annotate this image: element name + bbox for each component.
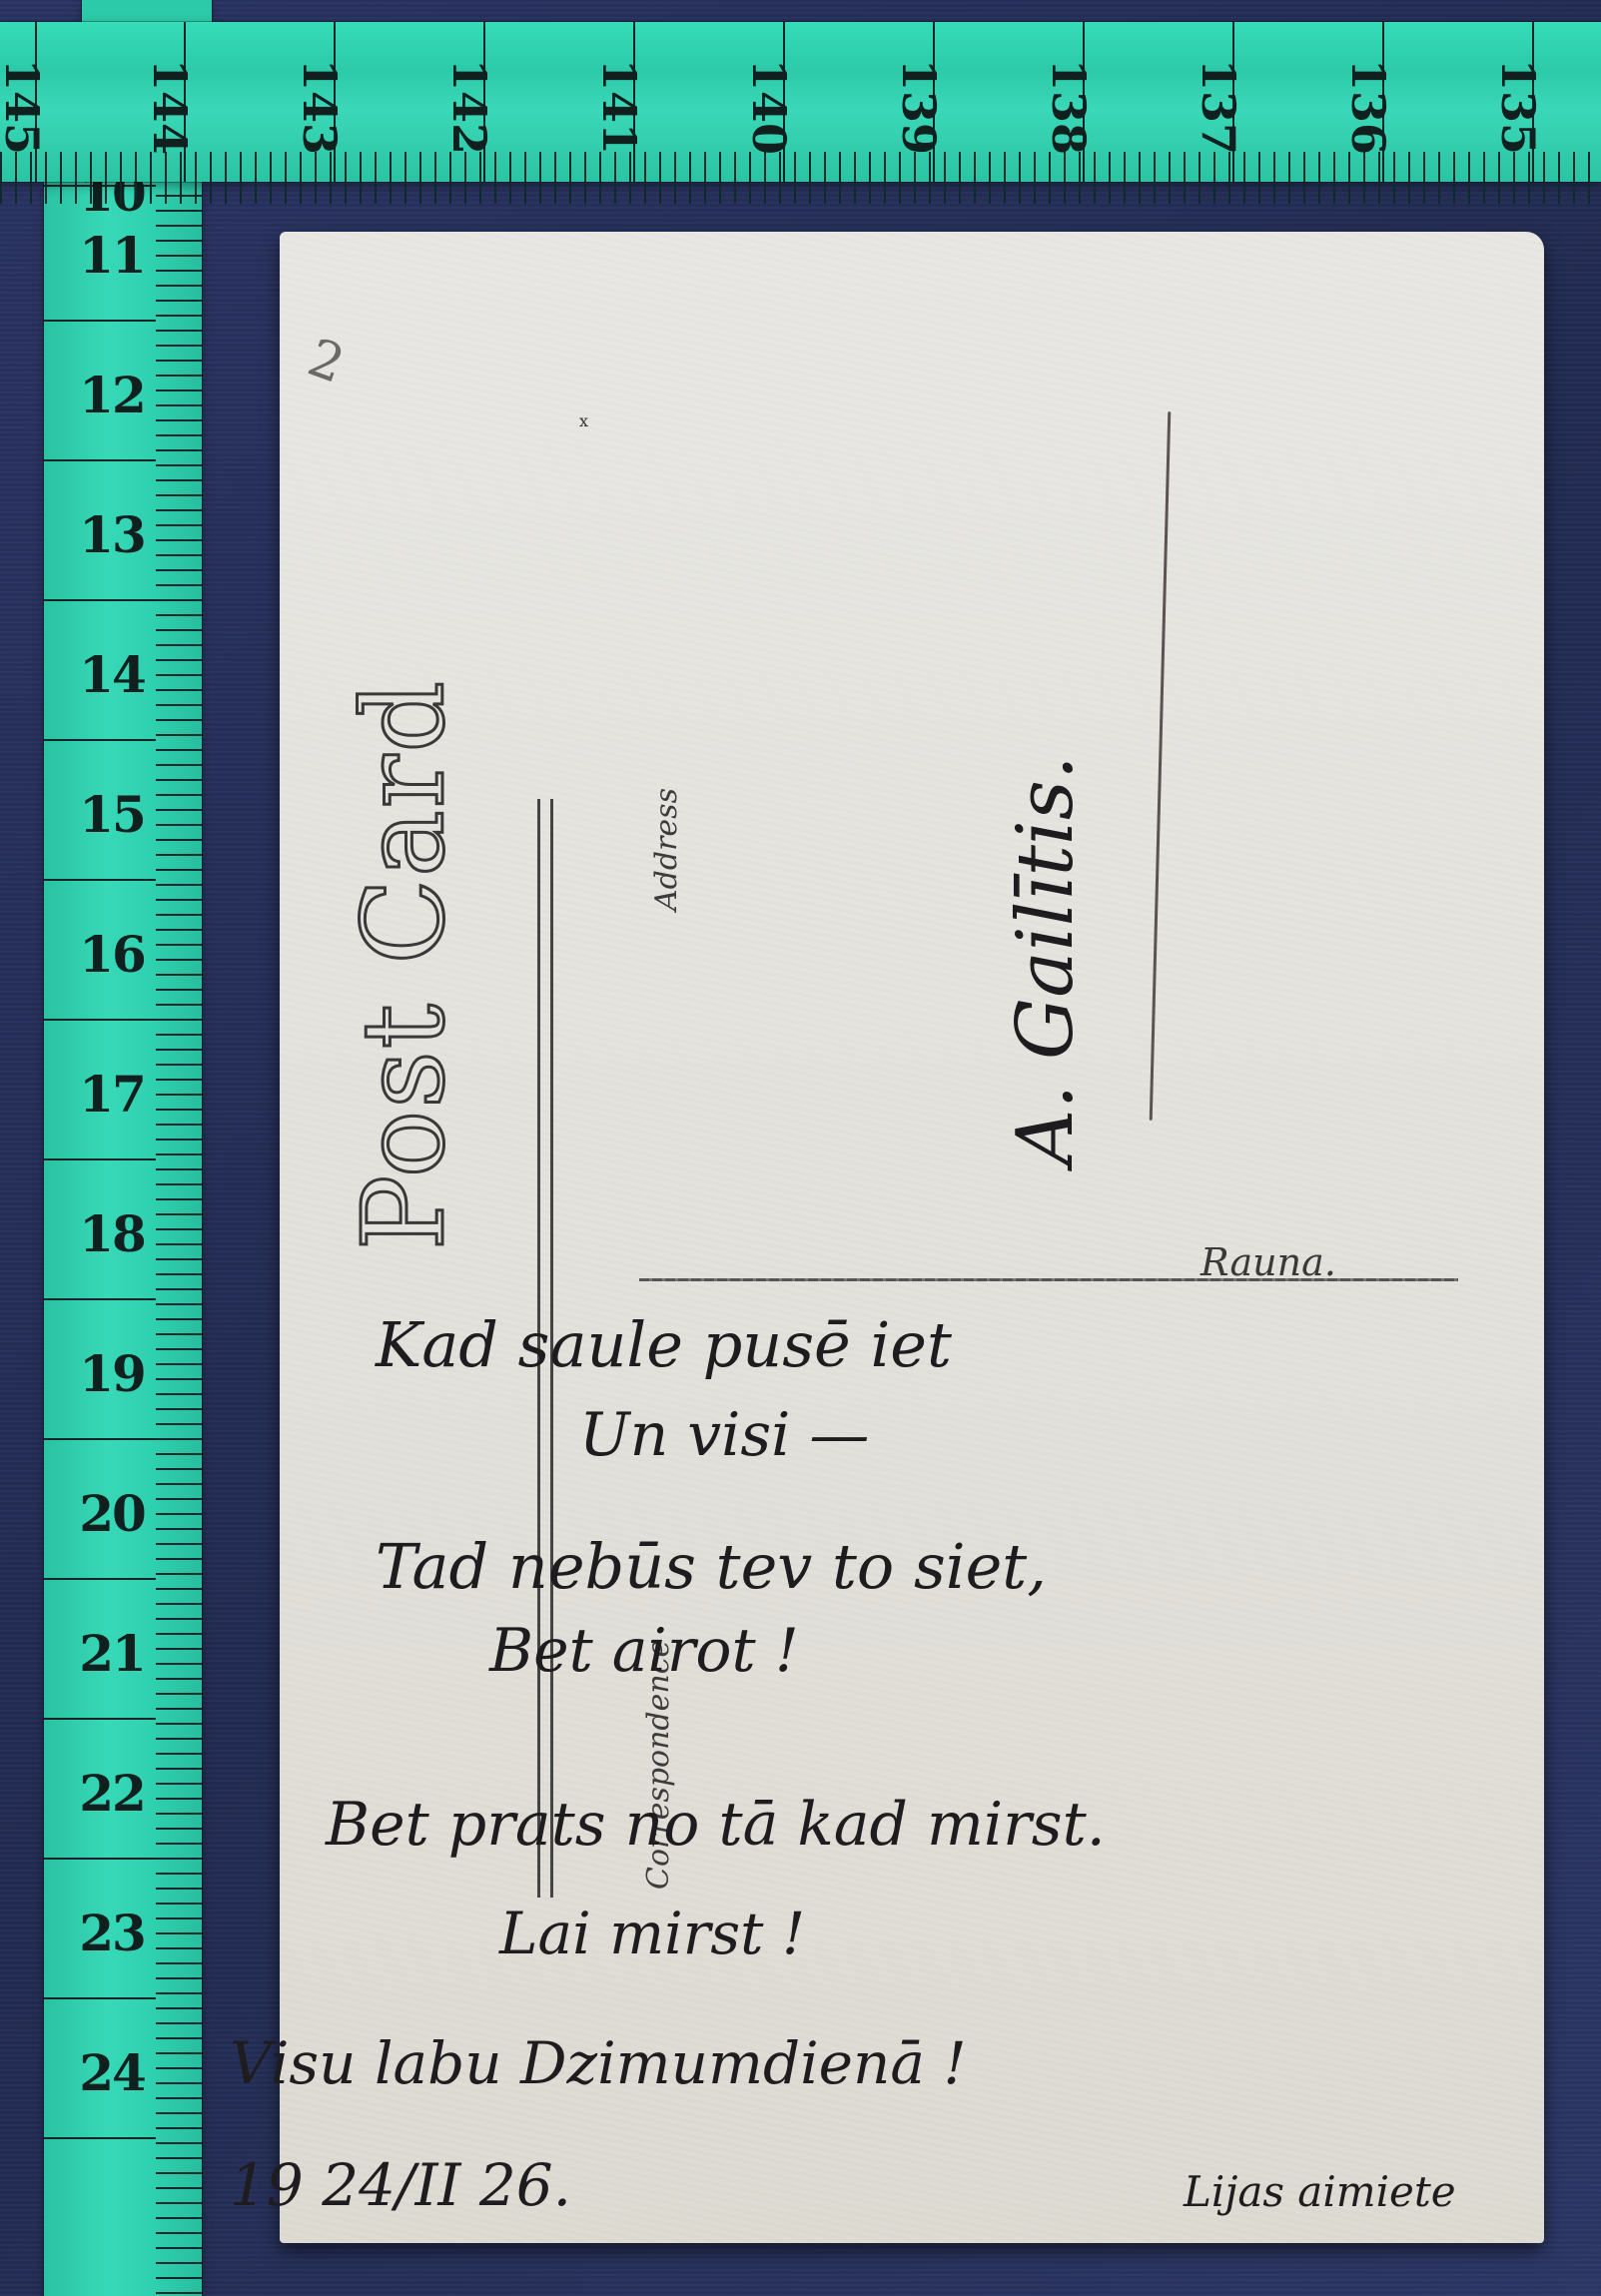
tape-number: 140 bbox=[724, 67, 814, 147]
cm-divider bbox=[44, 1298, 156, 1300]
cm-divider bbox=[44, 1997, 156, 1999]
tape-number: 141 bbox=[574, 67, 664, 147]
cm-divider bbox=[44, 1019, 156, 1021]
tape-number: 17 bbox=[62, 1059, 162, 1129]
tape-number: 138 bbox=[1024, 67, 1114, 147]
small-x-mark: x bbox=[579, 411, 588, 430]
tape-number: 14 bbox=[62, 639, 162, 709]
message-line-4: Bet airot ! bbox=[489, 1616, 799, 1686]
tape-number: 24 bbox=[62, 2037, 162, 2107]
tape-number: 144 bbox=[125, 67, 215, 147]
post-card-title: Post Card bbox=[340, 679, 469, 1250]
pencil-corner-number: 2 bbox=[301, 328, 353, 395]
cm-divider bbox=[44, 879, 156, 881]
message-line-5: Bet prats no tā kad mirst. bbox=[326, 1790, 1106, 1860]
cm-divider bbox=[44, 2137, 156, 2139]
tape-number: 12 bbox=[62, 360, 162, 429]
tape-number: 142 bbox=[424, 67, 514, 147]
message-line-1: Kad saule pusē iet bbox=[376, 1308, 952, 1381]
tape-number: 145 bbox=[0, 67, 67, 147]
tape-number: 21 bbox=[62, 1618, 162, 1688]
date: 19 24/II 26. bbox=[230, 2151, 571, 2219]
cm-divider bbox=[44, 320, 156, 322]
tape-number: 15 bbox=[62, 779, 162, 849]
postcard-back: 2 x Post Card Address Correspondence A. … bbox=[280, 232, 1544, 2243]
signature: Lijas aimiete bbox=[1184, 2167, 1456, 2216]
cm-divider bbox=[44, 1158, 156, 1160]
recipient-name: A. Gailītis. bbox=[1001, 755, 1091, 1165]
cm-divider bbox=[44, 599, 156, 601]
left-tape-ticks bbox=[156, 180, 202, 2296]
left-tape-top-segment bbox=[82, 0, 212, 22]
tape-number: 143 bbox=[275, 67, 365, 147]
address-line bbox=[1150, 411, 1172, 1121]
cm-divider bbox=[44, 1578, 156, 1580]
address-label: Address bbox=[649, 788, 684, 911]
message-line-7: Visu labu Dzimumdienā ! bbox=[230, 2029, 967, 2097]
tape-number: 137 bbox=[1174, 67, 1263, 147]
tape-number: 23 bbox=[62, 1898, 162, 1967]
tape-number: 13 bbox=[62, 499, 162, 569]
tape-number: 22 bbox=[62, 1758, 162, 1828]
message-line-6: Lai mirst ! bbox=[499, 1900, 805, 1967]
place-name: Rauna. bbox=[1201, 1240, 1336, 1284]
tape-number: 136 bbox=[1323, 67, 1413, 147]
tape-number: 20 bbox=[62, 1478, 162, 1548]
message-line-2: Un visi — bbox=[579, 1400, 869, 1470]
cm-divider bbox=[44, 1858, 156, 1860]
cm-divider bbox=[44, 1718, 156, 1720]
left-measuring-tape: 10 11 12 13 14 15 16 17 18 19 20 21 22 2… bbox=[44, 180, 202, 2296]
top-measuring-tape: 145 144 143 142 141 140 139 138 137 136 … bbox=[0, 22, 1601, 182]
tape-number: 18 bbox=[62, 1198, 162, 1268]
tape-number: 135 bbox=[1473, 67, 1563, 147]
message-line-3: Tad nebūs tev to siet, bbox=[376, 1530, 1047, 1603]
tape-number: 16 bbox=[62, 919, 162, 989]
tape-number: 11 bbox=[62, 220, 162, 290]
tape-number: 19 bbox=[62, 1338, 162, 1408]
cm-divider bbox=[44, 459, 156, 461]
tape-number: 139 bbox=[874, 67, 964, 147]
cm-divider bbox=[44, 739, 156, 741]
top-tape-ticks bbox=[0, 152, 1601, 204]
cm-divider bbox=[44, 1438, 156, 1440]
